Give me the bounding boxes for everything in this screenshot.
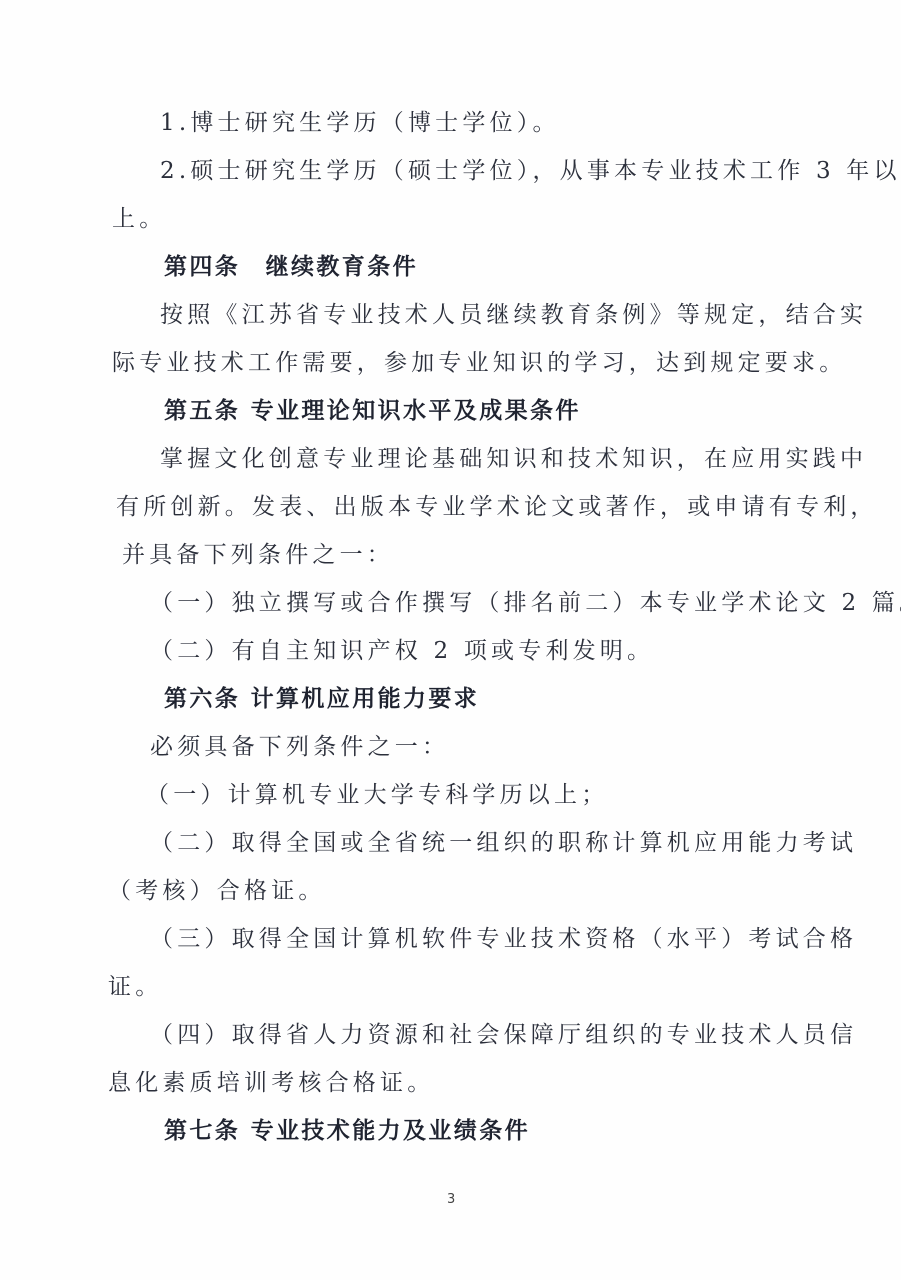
paragraph-theory-knowledge-cont2: 并具备下列条件之一：: [122, 540, 394, 570]
section-heading-article-4: 第四条 继续教育条件: [164, 252, 418, 282]
section-heading-article-7: 第七条 专业技术能力及业绩条件: [164, 1116, 530, 1146]
section-heading-article-5: 第五条 专业理论知识水平及成果条件: [164, 396, 581, 426]
paragraph-continuing-education: 按照《江苏省专业技术人员继续教育条例》等规定，结合实: [160, 300, 867, 330]
list-item-computer-exam: （二）取得全国或全省统一组织的职称计算机应用能力考试: [150, 828, 857, 858]
list-item-papers: （一）独立撰写或合作撰写（排名前二）本专业学术论文 2 篇。: [150, 588, 901, 618]
list-item-computer-degree: （一）计算机专业大学专科学历以上；: [146, 780, 608, 810]
list-item-computer-exam-cont: （考核）合格证。: [108, 876, 326, 906]
list-item-masters-cont: 上。: [112, 204, 166, 234]
paragraph-theory-knowledge: 掌握文化创意专业理论基础知识和技术知识，在应用实践中: [160, 444, 867, 474]
paragraph-theory-knowledge-cont: 有所创新。发表、出版本专业学术论文或著作，或申请有专利，: [116, 492, 878, 522]
list-item-info-training-cont: 息化素质培训考核合格证。: [108, 1068, 434, 1098]
paragraph-continuing-education-cont: 际专业技术工作需要，参加专业知识的学习，达到规定要求。: [112, 348, 846, 378]
paragraph-computer-requirement: 必须具备下列条件之一：: [150, 732, 449, 762]
page-number: 3: [447, 1192, 455, 1207]
list-item-ip: （二）有自主知识产权 2 项或专利发明。: [150, 636, 654, 666]
list-item-doctorate: 1.博士研究生学历（博士学位）。: [160, 108, 560, 138]
document-page: 1.博士研究生学历（博士学位）。 2.硕士研究生学历（硕士学位），从事本专业技术…: [0, 0, 901, 1280]
list-item-software-qualification-cont: 证。: [108, 972, 162, 1002]
list-item-info-training: （四）取得省人力资源和社会保障厅组织的专业技术人员信: [150, 1020, 857, 1050]
list-item-masters: 2.硕士研究生学历（硕士学位），从事本专业技术工作 3 年以: [160, 156, 901, 186]
list-item-software-qualification: （三）取得全国计算机软件专业技术资格（水平）考试合格: [150, 924, 857, 954]
section-heading-article-6: 第六条 计算机应用能力要求: [164, 684, 479, 714]
